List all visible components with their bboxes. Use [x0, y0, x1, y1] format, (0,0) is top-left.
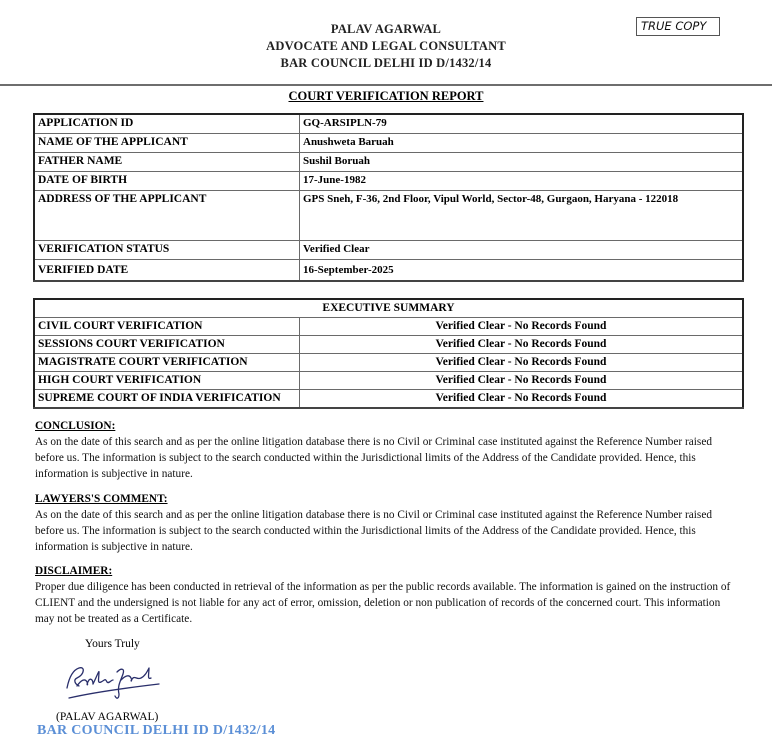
table-row: HIGH COURT VERIFICATION Verified Clear -… [34, 372, 743, 390]
executive-summary-table: EXECUTIVE SUMMARY CIVIL COURT VERIFICATI… [33, 298, 744, 409]
table-row: VERIFIED DATE 16-September-2025 [34, 260, 743, 282]
advocate-bar-id: BAR COUNCIL DELHI ID D/1432/14 [0, 55, 772, 72]
disclaimer-section: DISCLAIMER: Proper due diligence has bee… [35, 563, 735, 627]
field-label: NAME OF THE APPLICANT [34, 134, 300, 153]
advocate-designation: ADVOCATE AND LEGAL CONSULTANT [0, 38, 772, 55]
field-label: APPLICATION ID [34, 114, 300, 134]
disclaimer-title: DISCLAIMER: [35, 563, 735, 579]
table-header-row: EXECUTIVE SUMMARY [34, 299, 743, 318]
table-row: FATHER NAME Sushil Boruah [34, 153, 743, 172]
court-result: Verified Clear - No Records Found [300, 336, 744, 354]
table-row: NAME OF THE APPLICANT Anushweta Baruah [34, 134, 743, 153]
table-row: DATE OF BIRTH 17-June-1982 [34, 172, 743, 191]
field-value: GPS Sneh, F-36, 2nd Floor, Vipul World, … [300, 191, 744, 241]
field-label: ADDRESS OF THE APPLICANT [34, 191, 300, 241]
executive-summary-title: EXECUTIVE SUMMARY [34, 299, 743, 318]
court-label: CIVIL COURT VERIFICATION [34, 318, 300, 336]
report-title: COURT VERIFICATION REPORT [0, 89, 772, 104]
field-label: VERIFIED DATE [34, 260, 300, 282]
disclaimer-body: Proper due diligence has been conducted … [35, 579, 735, 627]
field-value: GQ-ARSIPLN-79 [300, 114, 744, 134]
lawyers-comment-section: LAWYERS'S COMMENT: As on the date of thi… [35, 491, 735, 555]
table-row: SESSIONS COURT VERIFICATION Verified Cle… [34, 336, 743, 354]
court-label: SUPREME COURT OF INDIA VERIFICATION [34, 390, 300, 409]
signatory-name: (PALAV AGARWAL) [56, 711, 158, 723]
conclusion-body: As on the date of this search and as per… [35, 434, 735, 482]
lawyers-comment-body: As on the date of this search and as per… [35, 507, 735, 555]
field-value: Sushil Boruah [300, 153, 744, 172]
court-label: HIGH COURT VERIFICATION [34, 372, 300, 390]
field-value: Anushweta Baruah [300, 134, 744, 153]
signatory-bar-id: BAR COUNCIL DELHI ID D/1432/14 [37, 723, 275, 739]
court-label: SESSIONS COURT VERIFICATION [34, 336, 300, 354]
applicant-info-table: APPLICATION ID GQ-ARSIPLN-79 NAME OF THE… [33, 113, 744, 282]
court-result: Verified Clear - No Records Found [300, 372, 744, 390]
field-label: DATE OF BIRTH [34, 172, 300, 191]
field-value: 17-June-1982 [300, 172, 744, 191]
lawyers-comment-title: LAWYERS'S COMMENT: [35, 491, 735, 507]
closing-text: Yours Truly [85, 638, 140, 650]
table-row: SUPREME COURT OF INDIA VERIFICATION Veri… [34, 390, 743, 409]
court-result: Verified Clear - No Records Found [300, 354, 744, 372]
signature-icon [55, 658, 165, 711]
table-row: APPLICATION ID GQ-ARSIPLN-79 [34, 114, 743, 134]
table-row: VERIFICATION STATUS Verified Clear [34, 241, 743, 260]
table-row: MAGISTRATE COURT VERIFICATION Verified C… [34, 354, 743, 372]
conclusion-section: CONCLUSION: As on the date of this searc… [35, 418, 735, 482]
field-value: 16-September-2025 [300, 260, 744, 282]
court-label: MAGISTRATE COURT VERIFICATION [34, 354, 300, 372]
field-value: Verified Clear [300, 241, 744, 260]
court-result: Verified Clear - No Records Found [300, 318, 744, 336]
table-row: ADDRESS OF THE APPLICANT GPS Sneh, F-36,… [34, 191, 743, 241]
true-copy-stamp: TRUE COPY [636, 17, 720, 36]
conclusion-title: CONCLUSION: [35, 418, 735, 434]
header-divider [0, 84, 772, 86]
table-row: CIVIL COURT VERIFICATION Verified Clear … [34, 318, 743, 336]
field-label: VERIFICATION STATUS [34, 241, 300, 260]
court-result: Verified Clear - No Records Found [300, 390, 744, 409]
field-label: FATHER NAME [34, 153, 300, 172]
